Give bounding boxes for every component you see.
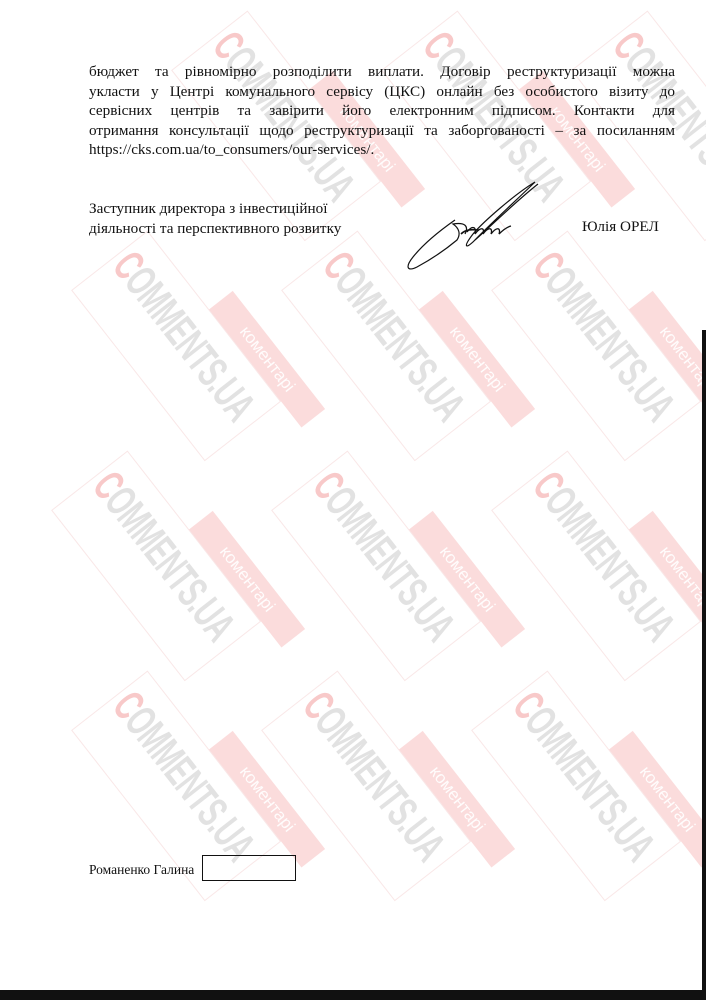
position-line: Заступник директора з інвестиційної	[89, 199, 341, 219]
signatory-name: Юлія ОРЕЛ	[582, 218, 659, 236]
paragraph-line: отримання консультації щодо реструктуриз…	[89, 121, 675, 141]
handwritten-signature	[395, 172, 545, 282]
executor-name: Романенко Галина	[89, 862, 194, 878]
paragraph-link-line: https://cks.com.ua/to_consumers/our-serv…	[89, 140, 675, 160]
body-paragraph: бюджет та рівномірно розподілити виплати…	[89, 62, 675, 160]
document-page: бюджет та рівномірно розподілити виплати…	[0, 0, 706, 1000]
paragraph-line: укласти у Центрі комунального сервісу (Ц…	[89, 82, 675, 102]
paragraph-line: бюджет та рівномірно розподілити виплати…	[89, 62, 675, 82]
signatory-position: Заступник директора з інвестиційної діял…	[89, 199, 341, 238]
position-line: діяльності та перспективного розвитку	[89, 219, 341, 239]
paragraph-line: сервісних центрів та завірити його елект…	[89, 101, 675, 121]
redacted-box	[202, 855, 296, 881]
